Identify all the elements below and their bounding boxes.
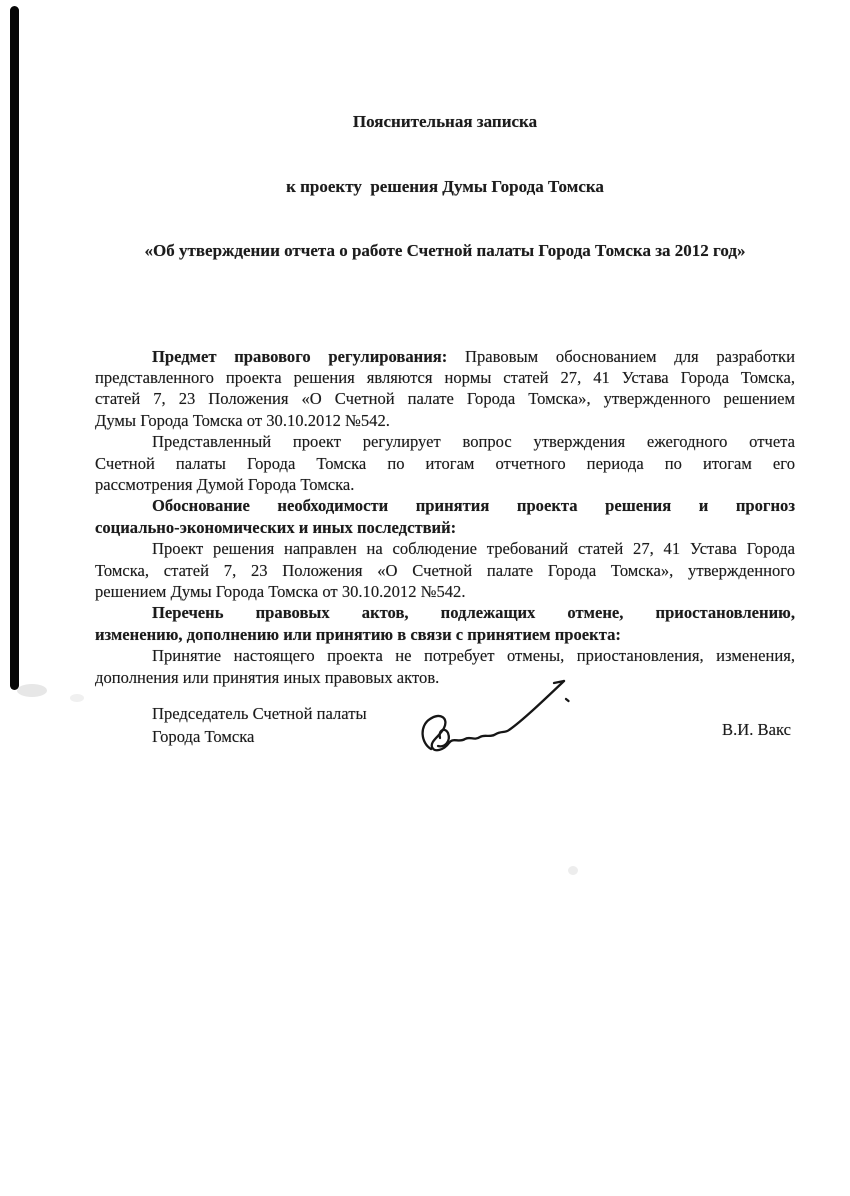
paragraph-4-line: решением Думы Города Томска от 30.10.201… xyxy=(95,581,795,602)
paragraph-5-heading-line: Перечень правовых актов, подлежащих отме… xyxy=(95,602,795,623)
signatory-name: В.И. Вакс xyxy=(722,720,791,740)
paragraph-4-line: Проект решения направлен на соблюдение т… xyxy=(95,538,795,559)
paragraph-1-line: представленного проекта решения являются… xyxy=(95,367,795,388)
document-title: Пояснительная записка к проекту решения … xyxy=(95,68,795,305)
paragraph-1-line: статей 7, 23 Положения «О Счетной палате… xyxy=(95,388,795,409)
title-line-2: к проекту решения Думы Города Томска xyxy=(95,176,795,198)
scan-artifact-smudge xyxy=(17,684,47,697)
scan-artifact-vertical-line xyxy=(10,6,19,690)
signature-inner-loop xyxy=(438,730,449,747)
document-text-block: Пояснительная записка к проекту решения … xyxy=(95,0,795,813)
paragraph-5-heading-line: изменению, дополнению или принятию в свя… xyxy=(95,624,795,645)
scan-artifact-smudge xyxy=(70,694,84,702)
scan-artifact-speck xyxy=(568,866,578,875)
signature-scribble xyxy=(423,681,564,750)
paragraph-1-line-rest: Правовым обоснованием для разработки xyxy=(447,347,795,366)
title-line-3: «Об утверждении отчета о работе Счетной … xyxy=(95,240,795,262)
paragraph-6-line: Принятие настоящего проекта не потребует… xyxy=(95,645,795,666)
paragraph-3-heading-line: социально-экономических и иных последств… xyxy=(95,517,795,538)
scanned-document-page: Пояснительная записка к проекту решения … xyxy=(0,0,850,1196)
paragraph-1-line: Думы Города Томска от 30.10.2012 №542. xyxy=(95,410,795,431)
paragraph-3-heading-line: Обоснование необходимости принятия проек… xyxy=(95,495,795,516)
title-line-1: Пояснительная записка xyxy=(95,111,795,133)
signature-block: Председатель Счетной палаты Города Томск… xyxy=(95,703,795,813)
paragraph-1-bold-lead: Предмет правового регулирования: xyxy=(152,347,447,366)
paragraph-2-line: рассмотрения Думой Города Томска. xyxy=(95,474,795,495)
paragraph-1-line: Предмет правового регулирования: Правовы… xyxy=(95,346,795,367)
handwritten-signature xyxy=(417,669,577,761)
paragraph-2-line: Представленный проект регулирует вопрос … xyxy=(95,431,795,452)
paragraph-2-line: Счетной палаты Города Томска по итогам о… xyxy=(95,453,795,474)
signature-ink-dot xyxy=(566,699,569,701)
paragraph-4-line: Томска, статей 7, 23 Положения «О Счетно… xyxy=(95,560,795,581)
document-body: Предмет правового регулирования: Правовы… xyxy=(95,346,795,689)
